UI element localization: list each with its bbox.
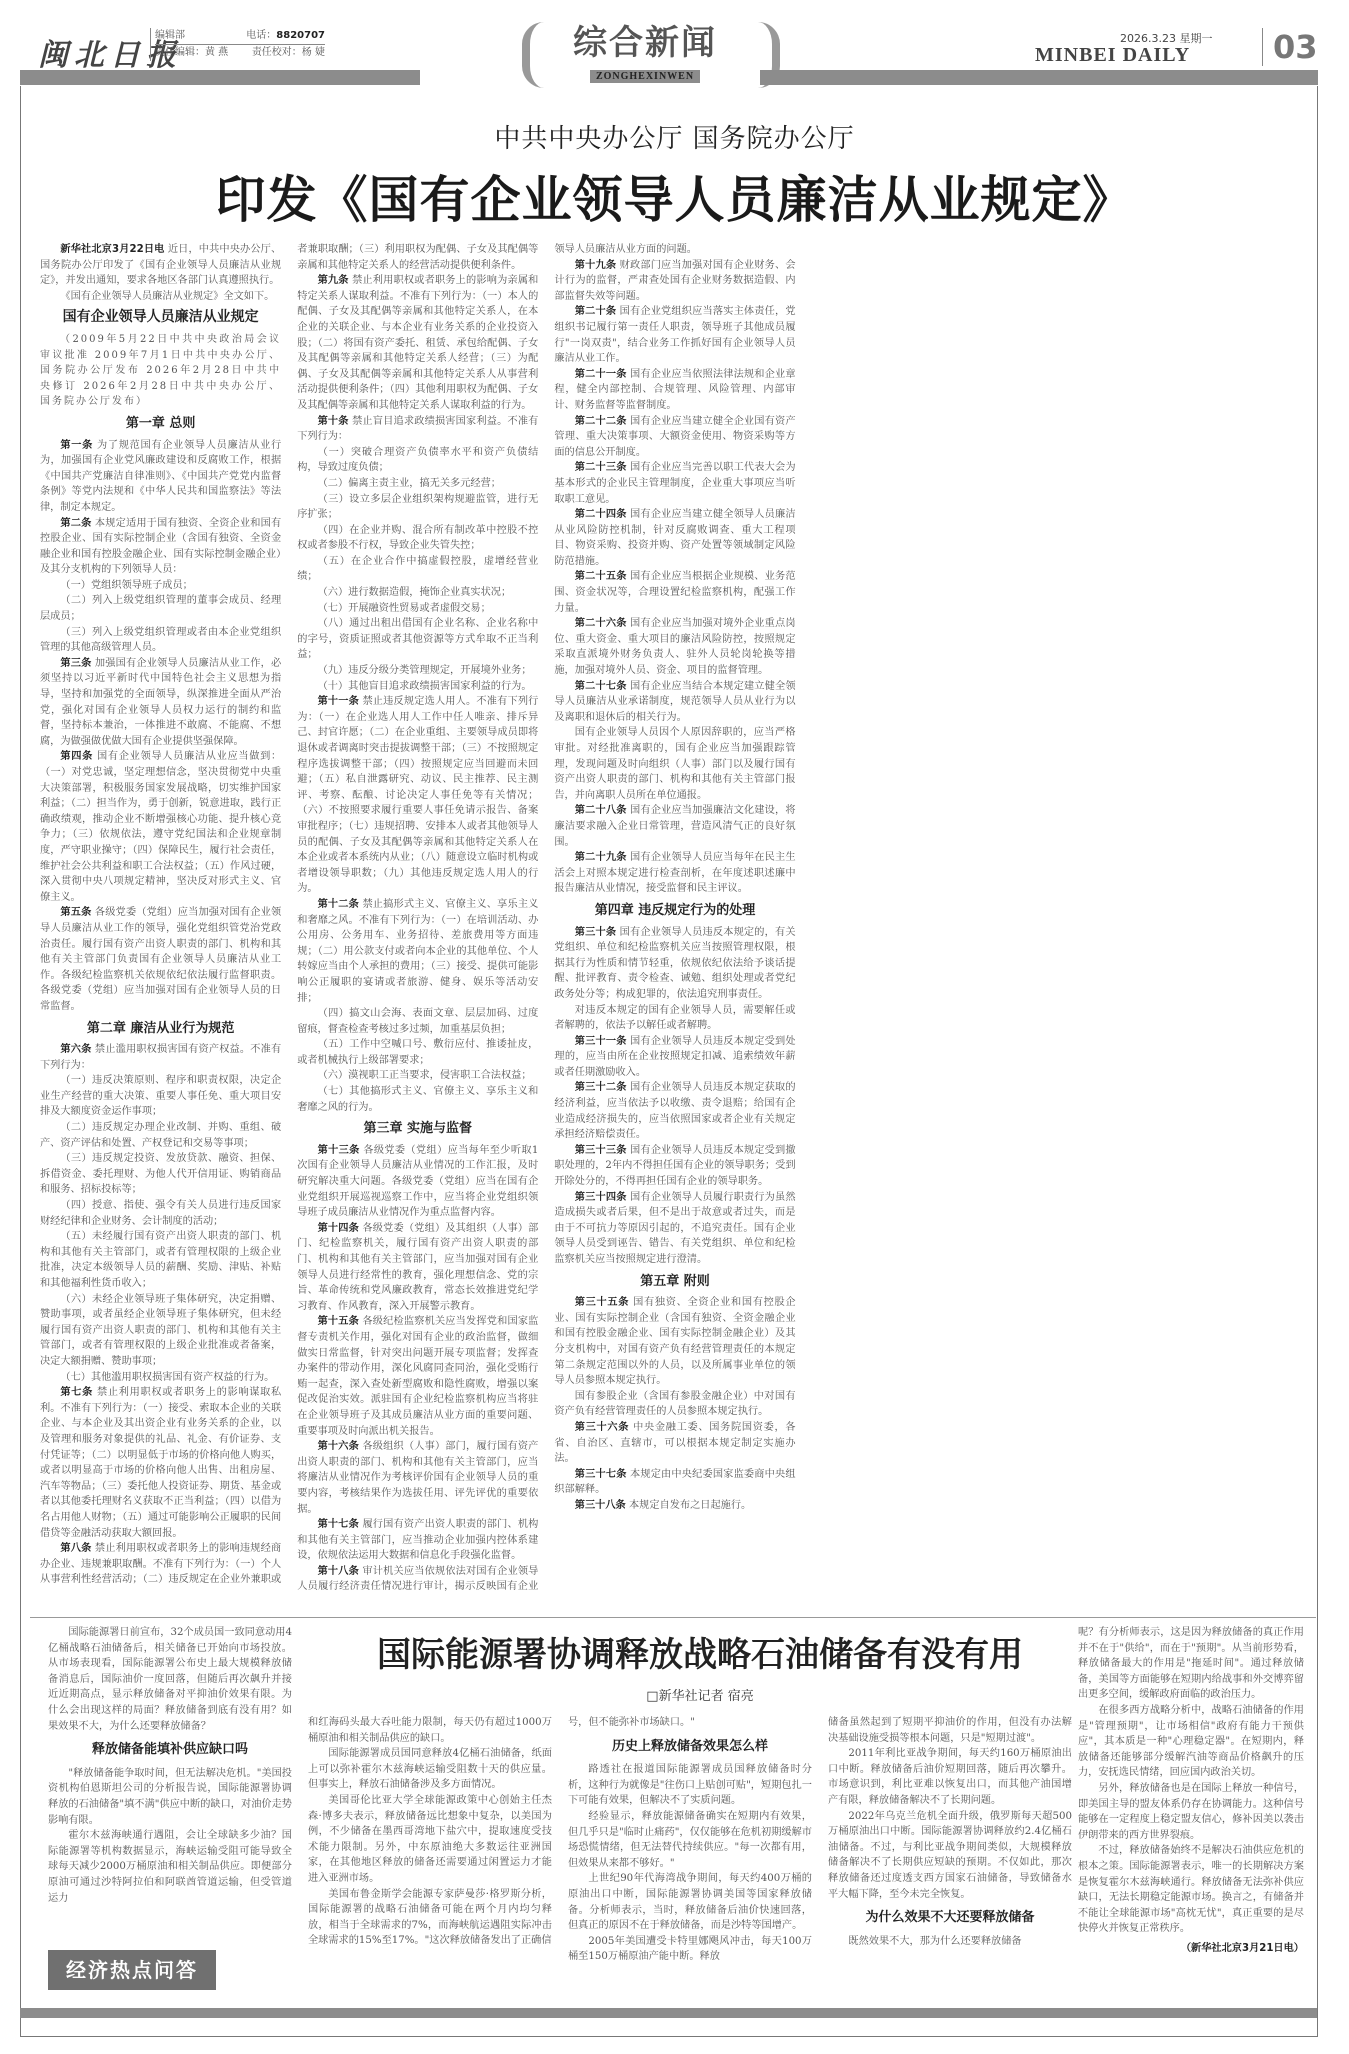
masthead: 闽北日报 编辑部电话：8820707 责任编辑：黄 燕责任校对：杨 婕 综合新闻… [0,0,1349,88]
article-clause: 第十九条 财政部门应当加强对国有企业财务、会计行为的监督，严肃查处国有企业财务数… [554,258,795,305]
section-pinyin: ZONGHEXINWEN [590,70,700,83]
paragraph: 2011年利比亚战争期间，每天约160万桶原油出口中断。释放储备后油价短期回落，… [828,1746,1072,1808]
paragraph: 既然效果不大，那为什么还要释放储备 [828,1934,1072,1950]
clause-item: （七）其他滥用职权损害国有资产权益的行为。 [40,1370,281,1386]
article-clause: 第二十六条 国有企业应当加强对境外企业重点岗位、重大资金、重大项目的廉洁风险防控… [554,616,795,678]
article-headline: 印发《国有企业领导人员廉洁从业规定》 [0,160,1349,232]
article-clause: 第二十二条 国有企业应当建立健全企业国有资产管理、重大决策事项、大额资金使用、物… [554,414,795,461]
article-clause: 第二十一条 国有企业应当依照法律法规和企业章程，健全内部控制、合规管理、风险管理… [554,367,795,414]
clause-item: （一）党组织领导班子成员； [40,578,281,594]
article-kicker: 中共中央办公厅 国务院办公厅 [0,118,1349,155]
article-clause: 第三十五条 国有独资、全资企业和国有控股企业、国有实际控制企业（含国有独资、全资… [554,1295,795,1389]
column-badge: 经济热点问答 [48,1950,216,1990]
subheading: 为什么效果不大还要释放储备 [828,1910,1072,1926]
article-clause: 第二十五条 国有企业应当根据企业规模、业务范围、资金状况等，合理设置纪检监察机构… [554,569,795,616]
paragraph: 国际能源署日前宣布，32个成员国一致同意动用4亿桶战略石油储备后，相关储备已开始… [48,1625,292,1734]
article2-column-5: 呢？有分析师表示，这是因为释放储备的真正作用并不在于"供给"，而在于"预期"。从… [1078,1625,1304,1956]
subheading: 释放储备能填补供应缺口吗 [48,1742,292,1758]
clause-item: （三）违反规定投资、发放贷款、融资、担保、拆借资金、委托理财、为他人代开信用证、… [40,1151,281,1198]
clause-item: （六）进行数据造假，掩饰企业真实状况； [297,585,538,601]
article-clause: 第三十七条 本规定由中央纪委国家监委商中央组织部解释。 [554,1467,795,1498]
paragraph: 路透社在报道国际能源署成员国释放储备时分析，这种行为就像是"往伤口上贴创可贴"，… [568,1762,812,1809]
section-title: 综合新闻 ZONGHEXINWEN [540,22,750,83]
chapter-heading: 第五章 附则 [554,1274,795,1290]
phone-number: 8820707 [276,30,325,41]
proofreader: 责任校对：杨 婕 [252,45,325,61]
paragraph: 美国哥伦比亚大学全球能源政策中心创始主任杰森·博多夫表示，释放储备远比想象中复杂… [308,1793,552,1887]
paragraph: 在很多西方战略分析中，战略石油储备的作用是"管理预期"，让市场相信"政府有能力干… [1078,1703,1304,1781]
paragraph: 呢？有分析师表示，这是因为释放储备的真正作用并不在于"供给"，而在于"预期"。从… [1078,1625,1304,1703]
article-clause: 第三十一条 国有企业领导人员违反本规定受到处理的，应当由所在企业按照规定扣减、追… [554,1034,795,1081]
article-clause: 第二十四条 国有企业应当建立健全领导人员廉洁从业风险防控机制，针对反腐败调查、重… [554,507,795,569]
article-clause: 第七条 禁止利用职权或者职务上的影响谋取私利。不准有下列行为：（一）接受、索取本… [40,1385,281,1541]
article-clause: 第九条 禁止利用职权或者职务上的影响为亲属和特定关系人谋取利益。不准有下列行为：… [297,273,538,413]
clause-item: （四）在企业并购、混合所有制改革中控股不控权或者参股不行权，导致企业失管失控； [297,523,538,554]
clause-paragraph: 国有企业领导人员因个人原因辞职的，应当严格审批。对经批准离职的，国有企业应当加强… [554,725,795,803]
clause-item: （六）未经企业领导班子集体研究，决定捐赠、赞助事项，或者虽经企业领导班子集体研究… [40,1292,281,1370]
article-clause: 第一条 为了规范国有企业领导人员廉洁从业行为，加强国有企业党风廉政建设和反腐败工… [40,438,281,516]
article2-byline: □新华社记者 宿亮 [310,1685,1090,1704]
article-clause: 第三十六条 中央金融工委、国务院国资委，各省、自治区、直辖市，可以根据本规定制定… [554,1420,795,1467]
article-clause: 第二条 本规定适用于国有独资、全资企业和国有控股企业、国有实际控制企业（含国有独… [40,516,281,578]
paragraph: 霍尔木兹海峡通行遇阻，会让全球缺多少油？国际能源署等机构数据显示，海峡运输受阻可… [48,1828,292,1906]
paragraph: "释放储备能争取时间，但无法解决危机。"美国投资机构伯恩斯坦公司的分析报告说，国… [48,1766,292,1828]
clause-item: （五）在企业合作中搞虚假控股，虚增经营业绩； [297,554,538,585]
document-note: （2009年5月22日中共中央政治局会议审议批准 2009年7月1日中共中央办公… [40,332,281,410]
clause-item: （七）其他搞形式主义、官僚主义、享乐主义和奢靡之风的行为。 [297,1084,538,1115]
paragraph: 2005年美国遭受卡特里娜飓风冲击，每天100万桶至150万桶原油产能中断。释放 [568,1934,812,1965]
paragraph: 上世纪90年代海湾战争期间，每天约400万桶的原油出口中断，国际能源署协调美国等… [568,1871,812,1933]
article2-column-1: 国际能源署日前宣布，32个成员国一致同意动用4亿桶战略石油储备后，相关储备已开始… [48,1625,292,1906]
article-clause: 第三十三条 国有企业领导人员违反本规定受到撤职处理的，2年内不得担任国有企业的领… [554,1143,795,1190]
article2-column-4: 储备虽然起到了短期平抑油价的作用，但没有办法解决基础设施受损等根本问题，只是"短… [828,1715,1072,1949]
paragraph: 2022年乌克兰危机全面升级，俄罗斯每天超500万桶原油出口中断。国际能源署协调… [828,1809,1072,1903]
article-clause: 第二十条 国有企业党组织应当落实主体责任，党组织书记履行第一责任人职责，领导班子… [554,304,795,366]
section-name: 综合新闻 [540,22,750,64]
paragraph: 号，但不能弥补市场缺口。" [568,1715,812,1731]
clause-item: （一）违反决策原则、程序和职责权限，决定企业生产经营的重大决策、重要人事任免、重… [40,1073,281,1120]
paragraph: 另外，释放储备也是在国际上释放一种信号，即美国主导的盟友体系仍存在协调能力。这种… [1078,1781,1304,1843]
article-clause: 第十三条 各级党委（党组）应当每年至少听取1次国有企业领导人员廉洁从业情况的工作… [297,1143,538,1221]
clause-paragraph: 国有参股企业（含国有参股金融企业）中对国有资产负有经营管理责任的人员参照本规定执… [554,1389,795,1420]
article-clause: 第十七条 履行国有资产出资人职责的部门、机构和其他有关主管部门，应当推动企业加强… [297,1517,538,1564]
chapter-heading: 第二章 廉洁从业行为规范 [40,1021,281,1037]
clause-item: （七）开展融资性贸易或者虚假交易； [297,601,538,617]
article-clause: 第五条 各级党委（党组）应当加强对国有企业领导人员廉洁从业工作的领导，强化党组织… [40,905,281,1014]
chapter-heading: 第四章 违反规定行为的处理 [554,903,795,919]
paragraph: 储备虽然起到了短期平抑油价的作用，但没有办法解决基础设施受损等根本问题，只是"短… [828,1715,1072,1746]
clause-item: （一）突破合理资产负债率水平和资产负债结构，导致过度负债； [297,445,538,476]
paragraph: 国际能源署成员国同意释放4亿桶石油储备，纸面上可以弥补霍尔木兹海峡运输受阻数十天… [308,1746,552,1793]
phone-label: 电话： [246,30,276,41]
lead-paragraph-2: 《国有企业领导人员廉洁从业规定》全文如下。 [40,289,281,305]
clause-item: （二）偏离主责主业，搞无关多元经营； [297,476,538,492]
article2-headline: 国际能源署协调释放战略石油储备有没有用 [310,1625,1090,1685]
article-divider [30,1617,1316,1618]
clause-item: （二）违反规定办理企业改制、并购、重组、破产、资产评估和处置、产权登记和交易等事… [40,1120,281,1151]
chapter-heading: 第三章 实施与监督 [297,1121,538,1137]
article-clause: 第十四条 各级党委（党组）及其组织（人事）部门、纪检监察机关，履行国有资产出资人… [297,1221,538,1315]
document-title: 国有企业领导人员廉洁从业规定 [40,310,281,326]
article-clause: 第十二条 禁止搞形式主义、官僚主义、享乐主义和奢靡之风。不准有下列行为：（一）在… [297,897,538,1006]
article2-column-3: 号，但不能弥补市场缺口。" 历史上释放储备效果怎么样 路透社在报道国际能源署成员… [568,1715,812,1965]
article2-column-2: 和红海码头最大吞吐能力限制，每天仍有超过1000万桶原油和相关制品供应的缺口。 … [308,1715,552,1949]
article-clause: 第三十二条 国有企业领导人员违反本规定获取的经济利益，应当依法予以收缴、责令退赔… [554,1080,795,1142]
source-credit: （新华社北京3月21日电） [1078,1941,1304,1957]
clause-item: （五）工作中空喊口号、敷衍应付、推诿扯皮，或者机械执行上级部署要求； [297,1037,538,1068]
article-clause: 第二十九条 国有企业领导人员应当每年在民主生活会上对照本规定进行检查剖析，在年度… [554,850,795,897]
page-number: 03 [1262,28,1318,66]
article-clause: 第十六条 各级组织（人事）部门，履行国有资产出资人职责的部门、机构和其他有关主管… [297,1439,538,1517]
article-clause: 第十条 禁止盲目追求政绩损害国家利益。不准有下列行为： [297,414,538,445]
dateline: 新华社北京3月22日电 [60,244,164,255]
editorial-info: 编辑部电话：8820707 责任编辑：黄 燕责任校对：杨 婕 [150,28,325,61]
article-body: 新华社北京3月22日电 近日，中共中央办公厅、国务院办公厅印发了《国有企业领导人… [40,242,1310,1602]
clause-item: （三）列入上级党组织管理或者由本企业党组织管理的其他高级管理人员。 [40,625,281,656]
article-clause: 第二十七条 国有企业应当结合本规定建立健全领导人员廉洁从业承诺制度，规范领导人员… [554,679,795,726]
article-clause: 第十一条 禁止违反规定选人用人。不准有下列行为：（一）在企业选人用人工作中任人唯… [297,694,538,897]
clause-item: （四）授意、指使、强令有关人员进行违反国家财经纪律和企业财务、会计制度的活动； [40,1198,281,1229]
clause-item: （三）设立多层企业组织架构规避监管，进行无序扩张； [297,492,538,523]
article-clause: 第四条 国有企业领导人员廉洁从业应当做到：（一）对党忠诚，坚定理想信念，坚决贯彻… [40,749,281,905]
header-rule-left [20,70,420,85]
header-rule-right [760,70,1318,85]
paragraph: 和红海码头最大吞吐能力限制，每天仍有超过1000万桶原油和相关制品供应的缺口。 [308,1715,552,1746]
article-clause: 第三条 加强国有企业领导人员廉洁从业工作，必须坚持以习近平新时代中国特色社会主义… [40,656,281,750]
clause-item: （八）通过出租出借国有企业名称、企业名称中的字号，资质证照或者其他资源等方式牟取… [297,616,538,663]
article-clause: 第二十三条 国有企业应当完善以职工代表大会为基本形式的企业民主管理制度，企业重大… [554,460,795,507]
chapter-heading: 第一章 总则 [40,416,281,432]
clause-paragraph: 对违反本规定的国有企业领导人员，需要解任或者解聘的，依法予以解任或者解聘。 [554,1003,795,1034]
clause-item: （二）列入上级党组织管理的董事会成员、经理层成员； [40,593,281,624]
article-clause: 第三十四条 国有企业领导人员履行职责行为虽然造成损失或者后果，但不是出于故意或者… [554,1190,795,1268]
editor: 责任编辑：黄 燕 [155,45,228,61]
clause-item: （五）未经履行国有资产出资人职责的部门、机构和其他有关主管部门，或者有管理权限的… [40,1229,281,1291]
paragraph: 经验显示，释放能源储备确实在短期内有效果，但几乎只是"临时止痛药"，仅仅能够在危… [568,1809,812,1871]
article-clause: 第十五条 各级纪检监察机关应当发挥党和国家监督专责机关作用，强化对国有企业的政治… [297,1314,538,1439]
dept-label: 编辑部 [155,28,185,44]
clause-item: （六）漠视职工正当要求，侵害职工合法权益； [297,1068,538,1084]
article-clause: 第三十条 国有企业领导人员违反本规定的，有关党组织、单位和纪检监察机关应当按照管… [554,925,795,1003]
article-clause: 第三十八条 本规定自发布之日起施行。 [554,1498,795,1514]
paper-english-name: MINBEI DAILY [1035,44,1190,67]
clause-item: （十）其他盲目追求政绩损害国家利益的行为。 [297,679,538,695]
paragraph: 美国布鲁金斯学会能源专家萨曼莎·格罗斯分析，国际能源署的战略石油储备可能在两个月… [308,1887,552,1949]
footer-rule [20,2008,1317,2018]
paragraph: 不过，释放储备始终不是解决石油供应危机的根本之策。国际能源署表示，唯一的长期解决… [1078,1843,1304,1937]
clause-item: （四）搞文山会海、表面文章、层层加码、过度留痕，督查检查考核过多过频，加重基层负… [297,1006,538,1037]
article-clause: 第六条 禁止滥用职权损害国有资产权益。不准有下列行为： [40,1042,281,1073]
article-clause: 第二十八条 国有企业应当加强廉洁文化建设，将廉洁要求融入企业日常管理，营造风清气… [554,803,795,850]
subheading: 历史上释放储备效果怎么样 [568,1739,812,1755]
clause-item: （九）违反分级分类管理规定，开展境外业务； [297,663,538,679]
